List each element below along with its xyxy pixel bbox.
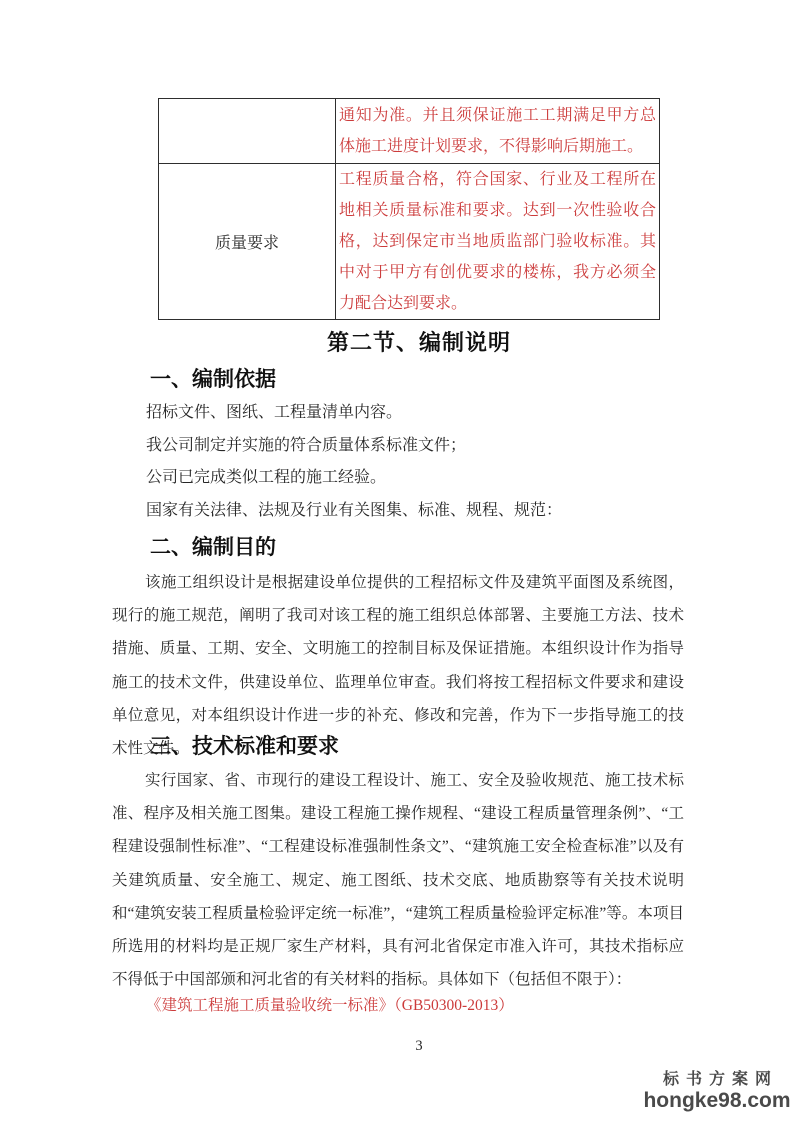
table-row-label: 质量要求: [159, 164, 336, 320]
requirements-table: 通知为准。并且须保证施工工期满足甲方总体施工进度计划要求，不得影响后期施工。 质…: [158, 98, 660, 320]
basis-line: 我公司制定并实施的符合质量体系标准文件；: [146, 430, 691, 463]
heading-technical-standards: 三、技术标准和要求: [150, 730, 339, 760]
watermark-site-url: hongke98.com: [643, 1089, 790, 1113]
heading-compilation-purpose: 二、编制目的: [150, 531, 276, 561]
table-row-content: 通知为准。并且须保证施工工期满足甲方总体施工进度计划要求，不得影响后期施工。: [336, 99, 660, 164]
page-number: 3: [45, 1038, 793, 1055]
heading-compilation-basis: 一、编制依据: [150, 363, 276, 393]
watermark-site-name: 标书方案网: [656, 1066, 778, 1089]
basis-line: 国家有关法律、法规及行业有关图集、标准、规程、规范：: [146, 495, 691, 528]
basis-line: 公司已完成类似工程的施工经验。: [146, 462, 691, 495]
page-title: 第二节、编制说明: [45, 326, 793, 357]
basis-line: 招标文件、图纸、工程量清单内容。: [146, 397, 691, 430]
document-page: 通知为准。并且须保证施工工期满足甲方总体施工进度计划要求，不得影响后期施工。 质…: [0, 0, 793, 1122]
table-row: 质量要求 工程质量合格，符合国家、行业及工程所在地相关质量标准和要求。达到一次性…: [159, 164, 660, 320]
purpose-paragraph: 该施工组织设计是根据建设单位提供的工程招标文件及建筑平面图及系统图，现行的施工规…: [112, 566, 684, 733]
standard-reference: 《建筑工程施工质量验收统一标准》（GB50300-2013）: [146, 995, 514, 1017]
watermark: 标书方案网 hongke98.com: [641, 1066, 793, 1113]
table-row-label: [159, 99, 336, 164]
table-row: 通知为准。并且须保证施工工期满足甲方总体施工进度计划要求，不得影响后期施工。: [159, 99, 660, 164]
table-row-content: 工程质量合格，符合国家、行业及工程所在地相关质量标准和要求。达到一次性验收合格，…: [336, 164, 660, 320]
standards-paragraph: 实行国家、省、市现行的建设工程设计、施工、安全及验收规范、施工技术标准、程序及相…: [112, 764, 684, 997]
basis-list: 招标文件、图纸、工程量清单内容。 我公司制定并实施的符合质量体系标准文件； 公司…: [146, 397, 691, 527]
